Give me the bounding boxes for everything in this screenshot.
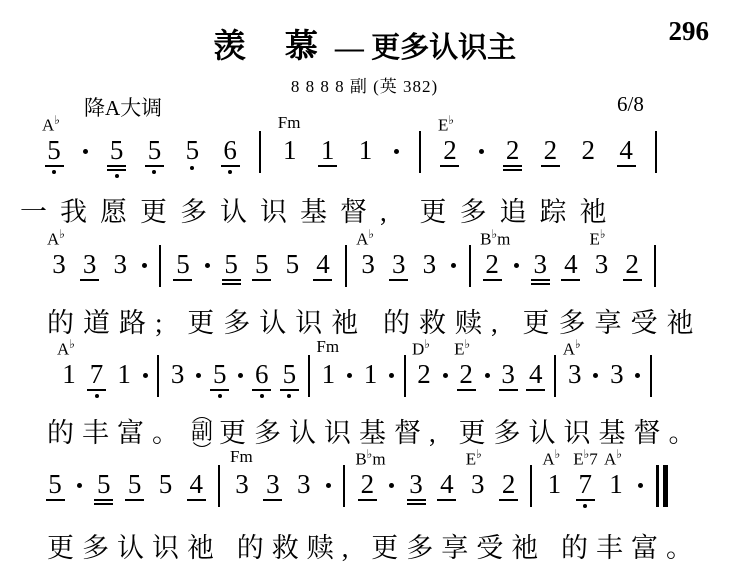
note-1: 1 <box>356 138 374 163</box>
note-digit: 2 <box>485 252 499 277</box>
note-5: 5 <box>211 362 229 398</box>
lyric-segment: 的丰富。 <box>47 418 187 448</box>
note-5: 5 <box>46 472 64 501</box>
note-5: 5 <box>95 472 113 505</box>
note-5: 5 <box>126 472 144 501</box>
low-octave-dot <box>260 394 264 398</box>
note-2: E♭2 <box>457 362 475 391</box>
barline <box>308 355 310 397</box>
note-digit: 4 <box>529 362 543 387</box>
duration-dot <box>143 373 148 378</box>
note-digit: 4 <box>440 472 454 497</box>
underline <box>623 279 642 281</box>
note-5: 5 <box>156 472 174 497</box>
chord-label: Fm <box>278 114 301 131</box>
chord-label: A♭ <box>542 448 560 468</box>
note-2: 2 <box>579 138 597 163</box>
note-5: A♭5 <box>45 138 63 174</box>
note-3: 3 <box>608 362 626 387</box>
underline <box>499 499 518 501</box>
underline <box>263 499 282 501</box>
note-digit: 4 <box>564 252 578 277</box>
chord-label: A♭ <box>356 228 374 248</box>
barline <box>345 245 347 287</box>
underline <box>45 165 64 167</box>
note-4: 4 <box>617 138 635 167</box>
duration-dot <box>485 373 490 378</box>
underline <box>313 279 332 281</box>
duration-dot <box>394 149 399 154</box>
note-3: 3 <box>499 362 517 391</box>
low-octave-dot <box>583 504 587 508</box>
note-digit: 5 <box>48 472 62 497</box>
duration-dot <box>593 373 598 378</box>
underline <box>531 279 550 281</box>
underline <box>503 165 522 167</box>
note-6: 6 <box>221 138 239 174</box>
note-digit: 5 <box>224 252 238 277</box>
low-octave-dot <box>152 170 156 174</box>
note-3: A♭3 <box>359 252 377 277</box>
note-digit: 2 <box>361 472 375 497</box>
note-digit: 2 <box>625 252 639 277</box>
note-5: 5 <box>108 138 126 178</box>
note-digit: 5 <box>176 252 190 277</box>
note-digit: 5 <box>286 252 300 277</box>
underline <box>107 169 126 171</box>
chord-label: B♭m <box>480 228 510 248</box>
chord-label: Fm <box>230 448 253 465</box>
lyric-segment: 的道路; 更多认识祂 的救赎, 更多享受祂 <box>47 308 703 338</box>
underline <box>210 389 229 391</box>
duration-dot <box>451 263 456 268</box>
note-5: 5 <box>283 252 301 277</box>
note-digit: 2 <box>417 362 431 387</box>
note-digit: 2 <box>443 138 457 163</box>
note-digit: 3 <box>534 252 548 277</box>
duration-dot <box>205 263 210 268</box>
note-2: 2 <box>541 138 559 167</box>
low-octave-dot <box>115 174 119 178</box>
note-3: 3 <box>390 252 408 281</box>
chord-label: E♭ <box>589 228 605 248</box>
underline <box>531 283 550 285</box>
barline-thin <box>656 465 659 507</box>
underline <box>318 165 337 167</box>
note-digit: 4 <box>190 472 204 497</box>
note-digit: 3 <box>235 472 249 497</box>
chord-label: E♭7 <box>573 448 598 468</box>
low-octave-dot <box>228 170 232 174</box>
note-3: 3 <box>420 252 438 277</box>
note-1: Fm1 <box>319 362 337 387</box>
note-3: E♭3 <box>469 472 487 497</box>
note-digit: 3 <box>568 362 582 387</box>
underline <box>80 279 99 281</box>
underline <box>457 389 476 391</box>
note-3: 3 <box>264 472 282 501</box>
underline <box>440 165 459 167</box>
barline <box>259 131 261 173</box>
underline <box>222 283 241 285</box>
underline <box>221 165 240 167</box>
chord-label: A♭ <box>563 338 581 358</box>
underline <box>87 389 106 391</box>
barline <box>343 465 345 507</box>
note-1: 1 <box>319 138 337 167</box>
duration-dot <box>635 373 640 378</box>
note-2: 2 <box>500 472 518 501</box>
barline <box>654 245 656 287</box>
underline <box>252 389 271 391</box>
note-7: 7 <box>88 362 106 398</box>
note-1: A♭1 <box>60 362 78 387</box>
underline <box>407 499 426 501</box>
note-2: E♭2 <box>441 138 459 167</box>
chord-label: A♭ <box>604 448 622 468</box>
note-digit: 3 <box>266 472 280 497</box>
barline <box>469 245 471 287</box>
duration-dot <box>142 263 147 268</box>
barline <box>655 131 657 173</box>
music-line-3: A♭1713565Fm11D♭2E♭234A♭33 <box>60 362 652 398</box>
note-3: 3 <box>169 362 187 387</box>
note-5: 5 <box>174 252 192 281</box>
chord-label: B♭m <box>355 448 385 468</box>
underline <box>561 279 580 281</box>
underline <box>358 499 377 501</box>
note-4: 4 <box>438 472 456 501</box>
chord-label: D♭ <box>412 338 430 358</box>
note-3: E♭3 <box>592 252 610 277</box>
chord-label: Fm <box>316 338 339 355</box>
underline <box>252 279 271 281</box>
music-line-1: A♭55556Fm111E♭22224 <box>45 138 657 178</box>
barline <box>530 465 532 507</box>
note-5: 5 <box>222 252 240 285</box>
note-1: 1 <box>361 362 379 387</box>
note-7: E♭77 <box>576 472 594 508</box>
duration-dot <box>238 373 243 378</box>
underline <box>541 165 560 167</box>
underline <box>187 499 206 501</box>
note-4: 4 <box>562 252 580 281</box>
barline <box>157 355 159 397</box>
low-octave-dot <box>287 394 291 398</box>
note-1: A♭1 <box>545 472 563 497</box>
note-digit: 1 <box>364 362 378 387</box>
note-digit: 5 <box>186 138 200 163</box>
note-3: 3 <box>531 252 549 285</box>
lyric-segment: 更多认识基督, 更多认识基督。 <box>219 418 704 448</box>
low-octave-dot <box>218 394 222 398</box>
note-3: 3 <box>295 472 313 497</box>
barline <box>404 355 406 397</box>
note-digit: 3 <box>361 252 375 277</box>
note-3: Fm3 <box>233 472 251 497</box>
note-5: 5 <box>145 138 163 174</box>
lyric-segment: 一我愿更多认识基督, 更多追踪祂 <box>20 197 620 227</box>
note-digit: 6 <box>255 362 269 387</box>
underline <box>617 165 636 167</box>
note-digit: 3 <box>501 362 515 387</box>
note-digit: 1 <box>609 472 623 497</box>
note-digit: 3 <box>423 252 437 277</box>
chord-label: A♭ <box>42 114 60 134</box>
note-digit: 3 <box>471 472 485 497</box>
note-1: 1 <box>115 362 133 387</box>
underline <box>437 499 456 501</box>
note-digit: 1 <box>62 362 76 387</box>
underline <box>389 279 408 281</box>
note-digit: 7 <box>578 472 592 497</box>
note-2: D♭2 <box>415 362 433 387</box>
note-6: 6 <box>253 362 271 398</box>
note-digit: 5 <box>47 138 61 163</box>
note-digit: 5 <box>148 138 162 163</box>
chord-label: A♭ <box>47 228 65 248</box>
note-digit: 3 <box>392 252 406 277</box>
low-octave-dot <box>52 170 56 174</box>
note-digit: 1 <box>321 138 335 163</box>
note-digit: 1 <box>322 362 336 387</box>
underline <box>222 279 241 281</box>
barline <box>554 355 556 397</box>
note-1: Fm1 <box>281 138 299 163</box>
note-digit: 2 <box>502 472 516 497</box>
note-digit: 3 <box>113 252 127 277</box>
note-5: 5 <box>280 362 298 398</box>
note-1: A♭1 <box>607 472 625 497</box>
chord-label: E♭ <box>438 114 454 134</box>
chord-label: E♭ <box>466 448 482 468</box>
note-digit: 2 <box>582 138 596 163</box>
note-digit: 3 <box>52 252 66 277</box>
lyrics-line-2: 的道路; 更多认识祂 的救赎, 更多享受祂 <box>47 301 703 340</box>
lyrics-line-3: 的丰富。副更多认识基督, 更多认识基督。 <box>47 411 704 450</box>
duration-dot <box>389 483 394 488</box>
note-digit: 5 <box>159 472 173 497</box>
final-double-barline <box>656 465 668 507</box>
barline <box>419 131 421 173</box>
note-digit: 3 <box>297 472 311 497</box>
note-digit: 3 <box>409 472 423 497</box>
underline <box>483 279 502 281</box>
barline <box>218 465 220 507</box>
duration-dot <box>347 373 352 378</box>
underline <box>503 169 522 171</box>
note-digit: 3 <box>610 362 624 387</box>
page-title: 羡 慕 — 更多认识主 <box>0 20 729 67</box>
underline <box>46 499 65 501</box>
underline <box>526 389 545 391</box>
barline <box>159 245 161 287</box>
note-digit: 5 <box>213 362 227 387</box>
duration-dot <box>389 373 394 378</box>
note-2: 2 <box>504 138 522 171</box>
note-digit: 2 <box>459 362 473 387</box>
note-digit: 5 <box>128 472 142 497</box>
note-digit: 6 <box>223 138 237 163</box>
refrain-marker: 副 <box>189 417 215 447</box>
note-digit: 1 <box>359 138 373 163</box>
note-digit: 5 <box>283 362 297 387</box>
note-4: 4 <box>187 472 205 501</box>
note-digit: 3 <box>171 362 185 387</box>
duration-dot <box>77 483 82 488</box>
title-subtitle: — 更多认识主 <box>335 32 516 64</box>
barline-thick <box>663 465 668 507</box>
hymn-sheet-page: 296 羡 慕 — 更多认识主 8 8 8 8 副 (英 382) 降A大调 6… <box>0 0 729 579</box>
note-digit: 3 <box>595 252 609 277</box>
duration-dot <box>196 373 201 378</box>
note-4: 4 <box>314 252 332 281</box>
music-line-2: A♭33355554A♭333B♭m234E♭32 <box>50 252 656 287</box>
time-signature: 6/8 <box>617 92 644 117</box>
low-octave-dot <box>95 394 99 398</box>
note-digit: 1 <box>283 138 297 163</box>
note-2: 2 <box>623 252 641 281</box>
chord-label: E♭ <box>454 338 470 358</box>
underline <box>173 279 192 281</box>
note-3: A♭3 <box>50 252 68 277</box>
note-digit: 4 <box>316 252 330 277</box>
underline <box>407 503 426 505</box>
underline <box>576 499 595 501</box>
key-signature: 降A大调 <box>84 92 162 122</box>
note-digit: 5 <box>110 138 124 163</box>
note-digit: 5 <box>255 252 269 277</box>
duration-dot <box>326 483 331 488</box>
duration-dot <box>443 373 448 378</box>
note-3: 3 <box>111 252 129 277</box>
note-digit: 1 <box>117 362 131 387</box>
chord-label: A♭ <box>57 338 75 358</box>
note-3: 3 <box>407 472 425 505</box>
underline <box>280 389 299 391</box>
underline <box>94 499 113 501</box>
note-digit: 7 <box>90 362 104 387</box>
note-2: B♭m2 <box>483 252 501 281</box>
lyrics-line-1: 一我愿更多认识基督, 更多追踪祂 <box>20 190 620 229</box>
duration-dot <box>83 149 88 154</box>
note-digit: 1 <box>548 472 562 497</box>
note-digit: 5 <box>97 472 111 497</box>
low-octave-dot <box>190 166 194 170</box>
note-5: 5 <box>253 252 271 281</box>
note-digit: 3 <box>83 252 97 277</box>
underline <box>125 499 144 501</box>
note-4: 4 <box>527 362 545 391</box>
duration-dot <box>638 483 643 488</box>
underline <box>94 503 113 505</box>
lyrics-line-4: 更多认识祂 的救赎, 更多享受祂 的丰富。 <box>47 526 701 565</box>
underline <box>107 165 126 167</box>
note-2: B♭m2 <box>358 472 376 501</box>
lyric-segment: 更多认识祂 的救赎, 更多享受祂 的丰富。 <box>47 533 701 563</box>
note-digit: 2 <box>544 138 558 163</box>
note-3: 3 <box>81 252 99 281</box>
note-3: A♭3 <box>566 362 584 387</box>
underline <box>145 165 164 167</box>
duration-dot <box>514 263 519 268</box>
note-5: 5 <box>183 138 201 170</box>
underline <box>499 389 518 391</box>
note-digit: 2 <box>506 138 520 163</box>
note-digit: 4 <box>619 138 633 163</box>
music-line-4: 55554Fm333B♭m234E♭32A♭1E♭77A♭1 <box>46 472 668 508</box>
barline <box>650 355 652 397</box>
title-main: 羡 慕 <box>213 29 321 65</box>
duration-dot <box>479 149 484 154</box>
